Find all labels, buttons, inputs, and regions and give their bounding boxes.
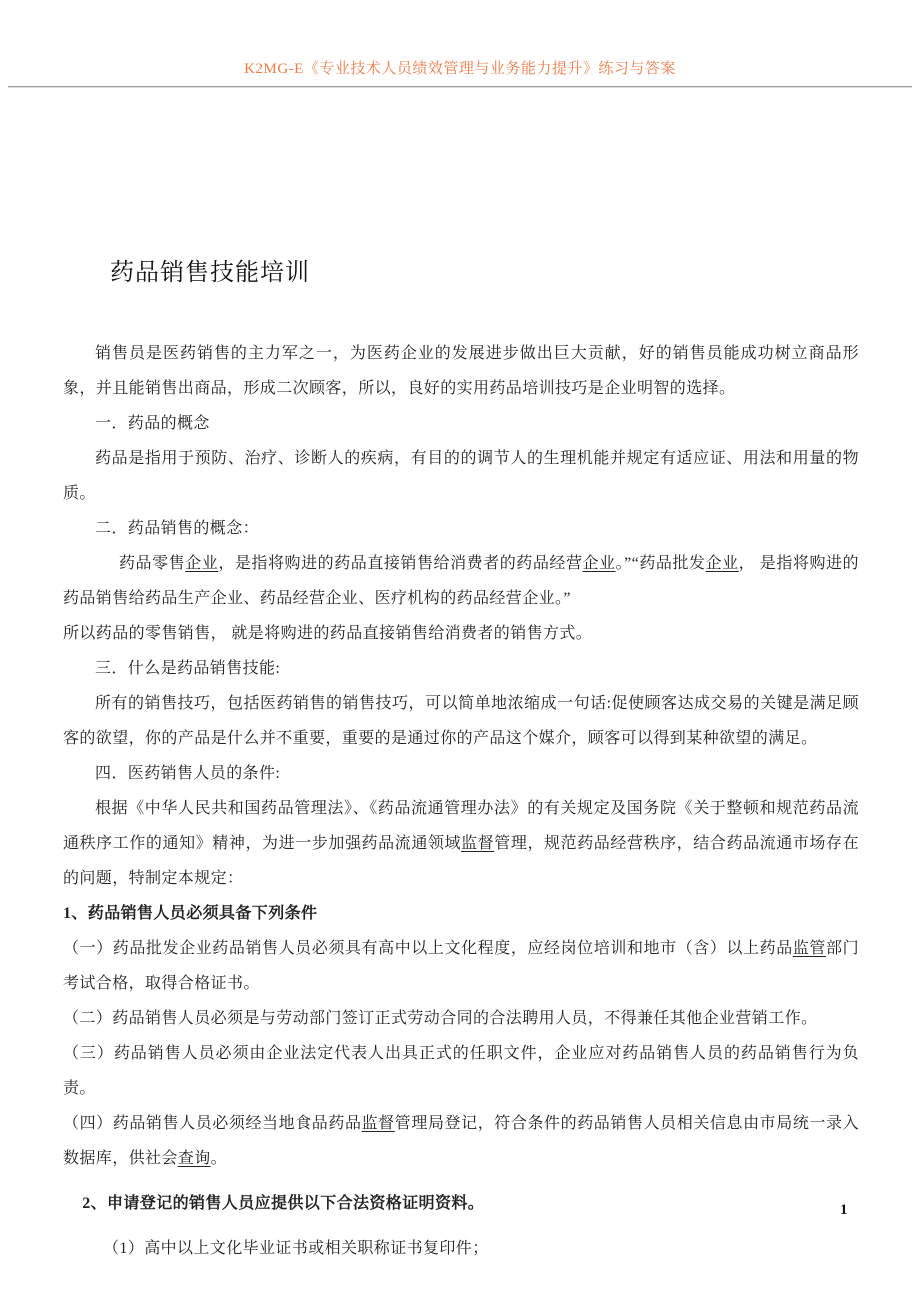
rule-1-item-2: （二）药品销售人员必须是与劳动部门签订正式劳动合同的合法聘用人员，不得兼任其他企…	[63, 1001, 859, 1036]
section-2-heading: 二．药品销售的概念：	[63, 511, 859, 546]
page-number: 1	[840, 1202, 848, 1219]
rule-1-item-4: （四）药品销售人员必须经当地食品药品监督管理局登记，符合条件的药品销售人员相关信…	[63, 1106, 859, 1176]
section-1-body: 药品是指用于预防、治疗、诊断人的疾病，有目的的调节人的生理机能并规定有适应证、用…	[63, 441, 859, 511]
document-title: 药品销售技能培训	[110, 252, 310, 287]
section-2-conclusion: 所以药品的零售销售， 就是将购进的药品直接销售给消费者的销售方式。	[63, 616, 859, 651]
paragraph-intro: 销售员是医药销售的主力军之一，为医药企业的发展进步做出巨大贡献，好的销售员能成功…	[63, 336, 859, 406]
header-divider	[8, 86, 912, 88]
section-3-body: 所有的销售技巧，包括医药销售的销售技巧，可以简单地浓缩成一句话:促使顾客达成交易…	[63, 686, 859, 756]
rule-1-heading: 1、药品销售人员必须具备下列条件	[63, 896, 859, 931]
section-4-heading: 四．医药销售人员的条件:	[63, 756, 859, 791]
section-3-heading: 三．什么是药品销售技能:	[63, 651, 859, 686]
rule-1-item-3: （三）药品销售人员必须由企业法定代表人出具正式的任职文件，企业应对药品销售人员的…	[63, 1036, 859, 1106]
rule-2-heading: 2、申请登记的销售人员应提供以下合法资格证明资料。	[63, 1186, 859, 1221]
document-page: K2MG-E《专业技术人员绩效管理与业务能力提升》练习与答案 药品销售技能培训 …	[0, 0, 920, 1302]
header-title: K2MG-E《专业技术人员绩效管理与业务能力提升》练习与答案	[0, 57, 920, 78]
rule-2-item-1: （1）高中以上文化毕业证书或相关职称证书复印件；	[63, 1231, 859, 1266]
section-2-body: 药品零售企业，是指将购进的药品直接销售给消费者的药品经营企业。”“药品批发企业，…	[63, 546, 859, 616]
section-1-heading: 一．药品的概念	[63, 406, 859, 441]
document-body: 销售员是医药销售的主力军之一，为医药企业的发展进步做出巨大贡献，好的销售员能成功…	[63, 336, 859, 1266]
section-4-body: 根据《中华人民共和国药品管理法》、《药品流通管理办法》的有关规定及国务院《关于整…	[63, 791, 859, 896]
rule-1-item-1: （一）药品批发企业药品销售人员必须具有高中以上文化程度，应经岗位培训和地市（含）…	[63, 931, 859, 1001]
